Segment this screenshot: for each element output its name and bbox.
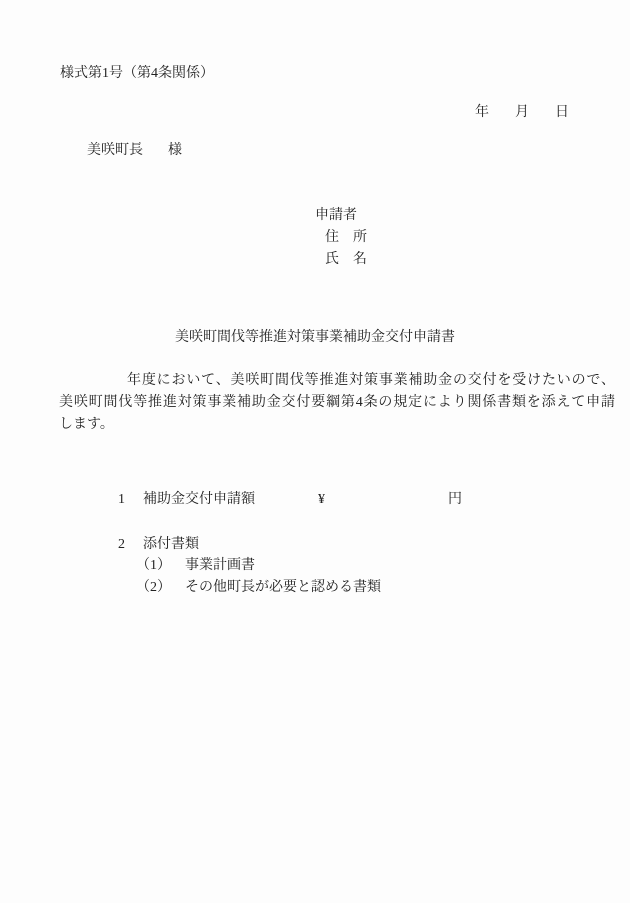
item-2-number: 2 bbox=[118, 536, 125, 554]
addressee-name: 美咲町長 bbox=[87, 142, 143, 160]
item-1-number: 1 bbox=[118, 491, 125, 509]
sub-item-2-label: その他町長が必要と認める書類 bbox=[185, 579, 381, 597]
date-day-label: 日 bbox=[555, 104, 569, 122]
applicant-address-label: 住 所 bbox=[325, 229, 367, 247]
addressee-honorific: 様 bbox=[168, 142, 182, 160]
item-2-label: 添付書類 bbox=[143, 536, 199, 554]
sub-item-1-number: （1） bbox=[136, 557, 171, 575]
body-line-1: 年度において、美咲町間伐等推進対策事業補助金の交付を受けたいので、 bbox=[127, 370, 615, 392]
body-paragraph: 年度において、美咲町間伐等推進対策事業補助金の交付を受けたいので、 美咲町間伐等… bbox=[59, 370, 615, 436]
sub-item-1-label: 事業計画書 bbox=[185, 557, 255, 575]
sub-item-2-number: （2） bbox=[136, 579, 171, 597]
applicant-name-label: 氏 名 bbox=[325, 251, 367, 269]
date-year-label: 年 bbox=[475, 104, 489, 122]
form-number: 様式第1号（第4条関係） bbox=[60, 65, 214, 83]
body-line-2: 美咲町間伐等推進対策事業補助金交付要綱第4条の規定により関係書類を添えて申請 bbox=[59, 392, 615, 414]
document-title: 美咲町間伐等推進対策事業補助金交付申請書 bbox=[0, 329, 630, 347]
body-line-3: します。 bbox=[59, 414, 615, 436]
yen-symbol: ¥ bbox=[318, 491, 325, 509]
yen-unit-label: 円 bbox=[448, 491, 462, 509]
applicant-heading: 申請者 bbox=[315, 207, 357, 225]
date-line: 年 月 日 bbox=[475, 104, 569, 122]
document-page: 様式第1号（第4条関係） 年 月 日 美咲町長 様 申請者 住 所 氏 名 美咲… bbox=[0, 0, 630, 903]
addressee-line: 美咲町長 様 bbox=[87, 142, 182, 160]
date-month-label: 月 bbox=[515, 104, 529, 122]
item-1-label: 補助金交付申請額 bbox=[143, 491, 255, 509]
